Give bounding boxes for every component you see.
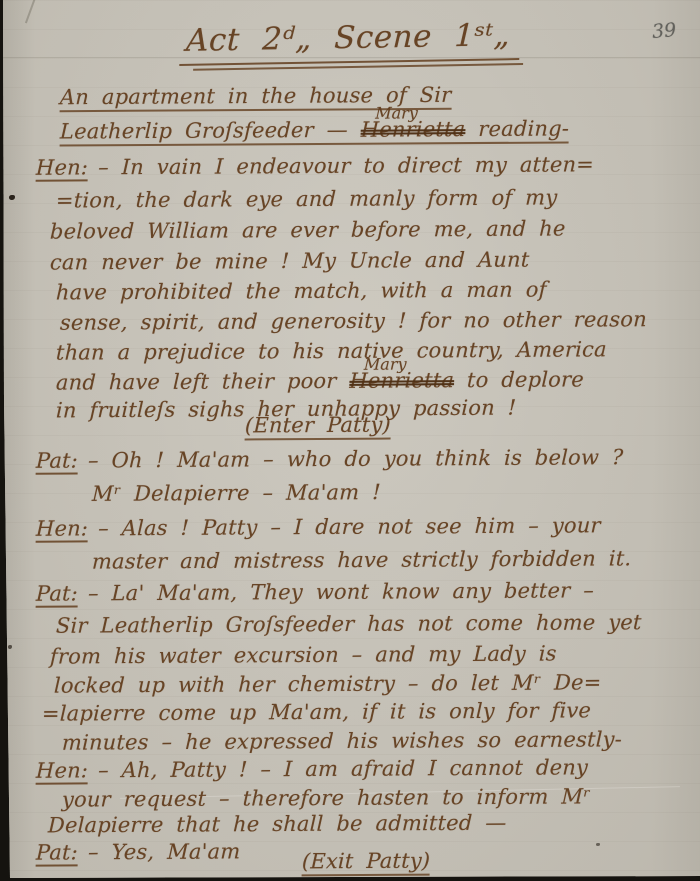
speech-line: from his water excursion – and my Lady i… — [50, 641, 557, 668]
stage-setting-line: Leatherlip Groſsfeeder — HenriettaMary r… — [60, 116, 570, 143]
stage-setting-text: Leatherlip Groſsfeeder — — [60, 118, 361, 144]
speech-line: master and mistress have strictly forbid… — [92, 546, 632, 573]
stage-direction-exit: (Exit Patty) — [302, 849, 431, 874]
stage-direction-enter: (Enter Patty) — [245, 413, 392, 438]
speech-line: Hen:– In vain I endeavour to direct my a… — [36, 152, 595, 179]
speech-text: – Oh ! Ma'am – who do you think is below… — [88, 445, 624, 472]
speech-line: locked up with her chemistry – do let Mʳ… — [54, 670, 602, 697]
speech-line: Delapierre that he shall be admitted — — [48, 811, 507, 838]
speaker-label: Pat: — [36, 840, 79, 866]
speech-text: =lapierre come up Ma'am, if it is only f… — [42, 698, 592, 725]
speech-line: Hen:– Ah, Patty ! – I am afraid I cannot… — [36, 755, 589, 782]
speech-line: =lapierre come up Ma'am, if it is only f… — [42, 698, 592, 725]
ink-speck — [9, 195, 15, 200]
stage-direction-text: (Enter Patty) — [245, 413, 392, 441]
speech-text: Sir Leatherlip Groſsfeeder has not come … — [56, 610, 642, 638]
speech-text: have prohibited the match, with a man of — [56, 277, 547, 304]
speech-text: master and mistress have strictly forbid… — [92, 546, 632, 573]
scene-title-row: Act 2ᵈ„ Scene 1ˢᵗ„ — [0, 20, 700, 63]
speech-line: than a prejudice to his native country, … — [56, 337, 607, 364]
speech-text: sense, spirit, and generosity ! for no o… — [60, 307, 648, 335]
speech-text: – Ah, Patty ! – I am afraid I cannot den… — [98, 755, 589, 782]
manuscript-photo: 39 Act 2ᵈ„ Scene 1ˢᵗ„ An apartment in th… — [0, 0, 700, 881]
speech-line: Sir Leatherlip Groſsfeeder has not come … — [56, 610, 642, 638]
speech-line: have prohibited the match, with a man of — [56, 277, 547, 304]
speech-line: Mʳ Delapierre – Ma'am ! — [92, 480, 382, 506]
speech-line: sense, spirit, and generosity ! for no o… — [60, 307, 648, 335]
speech-text: =tion, the dark eye and manly form of my — [56, 185, 558, 212]
speech-text: than a prejudice to his native country, … — [56, 337, 607, 364]
speech-line: beloved William are ever before me, and … — [50, 216, 566, 243]
speech-text: – La' Ma'am, They wont know any better – — [88, 578, 595, 605]
speech-text: – In vain I endeavour to direct my atten… — [98, 152, 595, 179]
speech-text: minutes – he expressed his wishes so ear… — [62, 727, 623, 754]
scene-title: Act 2ᵈ„ Scene 1ˢᵗ„ — [179, 17, 521, 66]
speech-text: to deplore — [454, 367, 584, 392]
speech-line: Pat:– Yes, Ma'am — [36, 839, 241, 864]
speech-text: from his water excursion – and my Lady i… — [50, 641, 557, 668]
speech-line: can never be mine ! My Uncle and Aunt — [50, 248, 530, 275]
speech-text: – Alas ! Patty – I dare not see him – yo… — [98, 513, 601, 540]
speaker-label: Pat: — [36, 581, 79, 607]
speech-line: Hen:– Alas ! Patty – I dare not see him … — [36, 513, 601, 540]
speech-line: minutes – he expressed his wishes so ear… — [62, 727, 623, 754]
inserted-name: Mary — [364, 354, 407, 373]
speech-line: your request – therefore hasten to infor… — [62, 784, 591, 811]
speaker-label: Hen: — [36, 516, 89, 542]
speech-text: beloved William are ever before me, and … — [50, 216, 566, 243]
speech-text: can never be mine ! My Uncle and Aunt — [50, 248, 530, 275]
manuscript-page: 39 Act 2ᵈ„ Scene 1ˢᵗ„ An apartment in th… — [0, 0, 700, 881]
speech-text: your request – therefore hasten to infor… — [62, 784, 591, 811]
speech-text: Mʳ Delapierre – Ma'am ! — [92, 480, 382, 506]
speech-line: =tion, the dark eye and manly form of my — [56, 185, 558, 212]
correction: HenriettaMary — [349, 368, 454, 393]
speech-text: – Yes, Ma'am — [88, 839, 241, 864]
speaker-label: Hen: — [36, 155, 89, 181]
correction: HenriettaMary — [360, 117, 465, 142]
speaker-label: Hen: — [36, 758, 89, 784]
stage-direction-text: (Exit Patty) — [302, 849, 431, 877]
speech-text: Delapierre that he shall be admitted — — [48, 811, 507, 838]
speech-line: and have left their poor HenriettaMary t… — [56, 367, 585, 394]
stage-setting-text: reading- — [465, 116, 569, 141]
ink-speck — [8, 645, 12, 649]
speaker-label: Pat: — [36, 449, 79, 475]
inserted-name: Mary — [375, 103, 418, 122]
ink-speck — [596, 843, 600, 846]
speech-line: Pat:– La' Ma'am, They wont know any bett… — [36, 578, 595, 605]
speech-text: and have left their poor — [56, 369, 350, 395]
speech-text: locked up with her chemistry – do let Mʳ… — [54, 670, 602, 697]
speech-line: Pat:– Oh ! Ma'am – who do you think is b… — [36, 445, 624, 473]
